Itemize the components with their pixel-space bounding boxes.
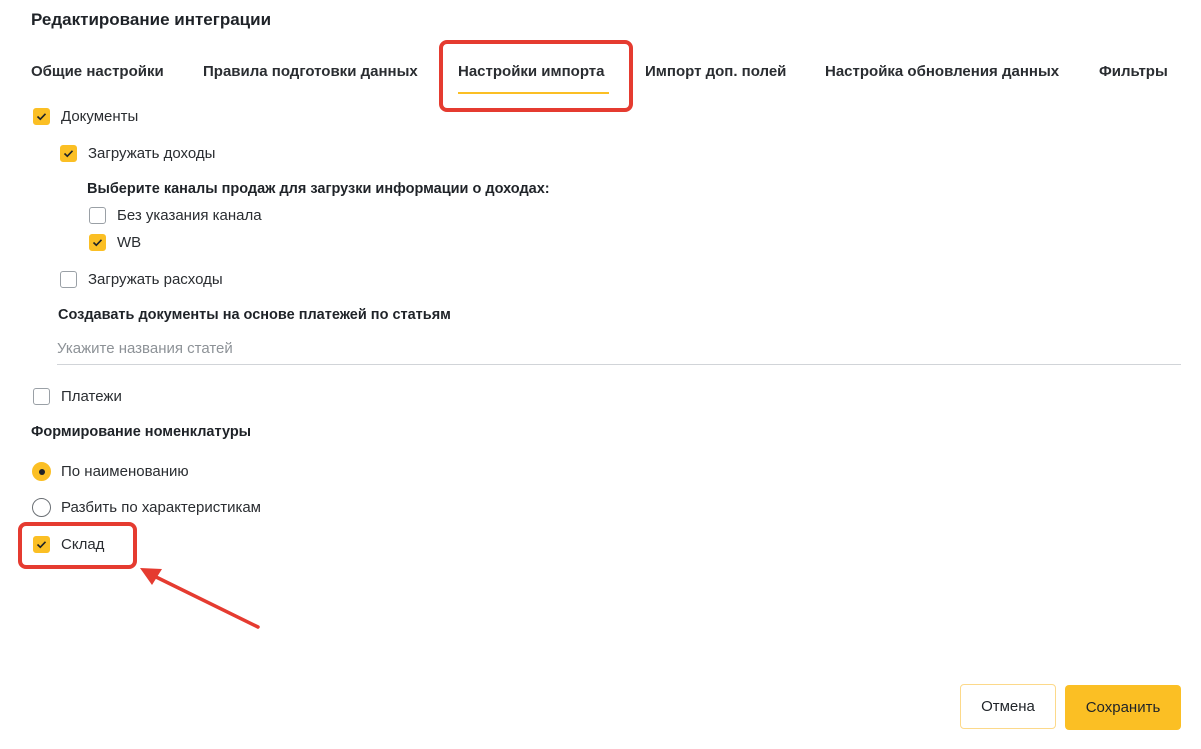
documents-checkbox-row[interactable]: Документы <box>33 108 138 125</box>
tab-import-extra-fields[interactable]: Импорт доп. полей <box>645 60 786 96</box>
load-expenses-checkbox-row[interactable]: Загружать расходы <box>60 271 223 288</box>
save-button[interactable]: Сохранить <box>1065 685 1181 730</box>
load-expenses-label: Загружать расходы <box>88 271 223 288</box>
channel-no-channel-row[interactable]: Без указания канала <box>89 207 262 224</box>
documents-checkbox[interactable] <box>33 108 50 125</box>
channel-no-channel-checkbox[interactable] <box>89 207 106 224</box>
load-expenses-checkbox[interactable] <box>60 271 77 288</box>
load-income-checkbox-row[interactable]: Загружать доходы <box>60 145 215 162</box>
load-income-label: Загружать доходы <box>88 145 215 162</box>
checkmark-icon <box>63 149 74 158</box>
nomenclature-by-characteristics-radio[interactable] <box>32 498 51 517</box>
radio-dot-icon <box>39 469 45 475</box>
dialog-title: Редактирование интеграции <box>31 10 271 30</box>
payments-checkbox[interactable] <box>33 388 50 405</box>
articles-input[interactable] <box>57 334 1181 362</box>
channel-wb-label: WB <box>117 234 141 251</box>
nomenclature-by-name-row[interactable]: По наименованию <box>32 462 189 481</box>
create-docs-heading: Создавать документы на основе платежей п… <box>58 307 451 323</box>
warehouse-checkbox[interactable] <box>33 536 50 553</box>
tab-general-settings[interactable]: Общие настройки <box>31 60 164 96</box>
warehouse-checkbox-row[interactable]: Склад <box>33 536 104 553</box>
nomenclature-by-name-label: По наименованию <box>61 463 189 480</box>
tab-import-settings[interactable]: Настройки импорта <box>458 60 609 96</box>
tab-filters[interactable]: Фильтры <box>1099 60 1168 96</box>
channels-heading: Выберите каналы продаж для загрузки инфо… <box>87 181 550 197</box>
channel-no-channel-label: Без указания канала <box>117 207 262 224</box>
channel-wb-row[interactable]: WB <box>89 234 141 251</box>
annotation-arrow-icon <box>130 555 270 635</box>
tab-data-preparation-rules[interactable]: Правила подготовки данных <box>203 60 418 96</box>
nomenclature-by-name-radio[interactable] <box>32 462 51 481</box>
warehouse-label: Склад <box>61 536 104 553</box>
nomenclature-heading: Формирование номенклатуры <box>31 424 251 440</box>
checkmark-icon <box>36 540 47 549</box>
payments-checkbox-row[interactable]: Платежи <box>33 388 122 405</box>
tab-bar: Общие настройки Правила подготовки данны… <box>0 60 1201 100</box>
nomenclature-by-characteristics-label: Разбить по характеристикам <box>61 499 261 516</box>
checkmark-icon <box>92 238 103 247</box>
checkmark-icon <box>36 112 47 121</box>
documents-label: Документы <box>61 108 138 125</box>
articles-input-wrapper <box>57 334 1181 365</box>
load-income-checkbox[interactable] <box>60 145 77 162</box>
tab-data-update-settings[interactable]: Настройка обновления данных <box>825 60 1059 96</box>
nomenclature-by-characteristics-row[interactable]: Разбить по характеристикам <box>32 498 261 517</box>
channel-wb-checkbox[interactable] <box>89 234 106 251</box>
payments-label: Платежи <box>61 388 122 405</box>
cancel-button[interactable]: Отмена <box>960 684 1056 729</box>
